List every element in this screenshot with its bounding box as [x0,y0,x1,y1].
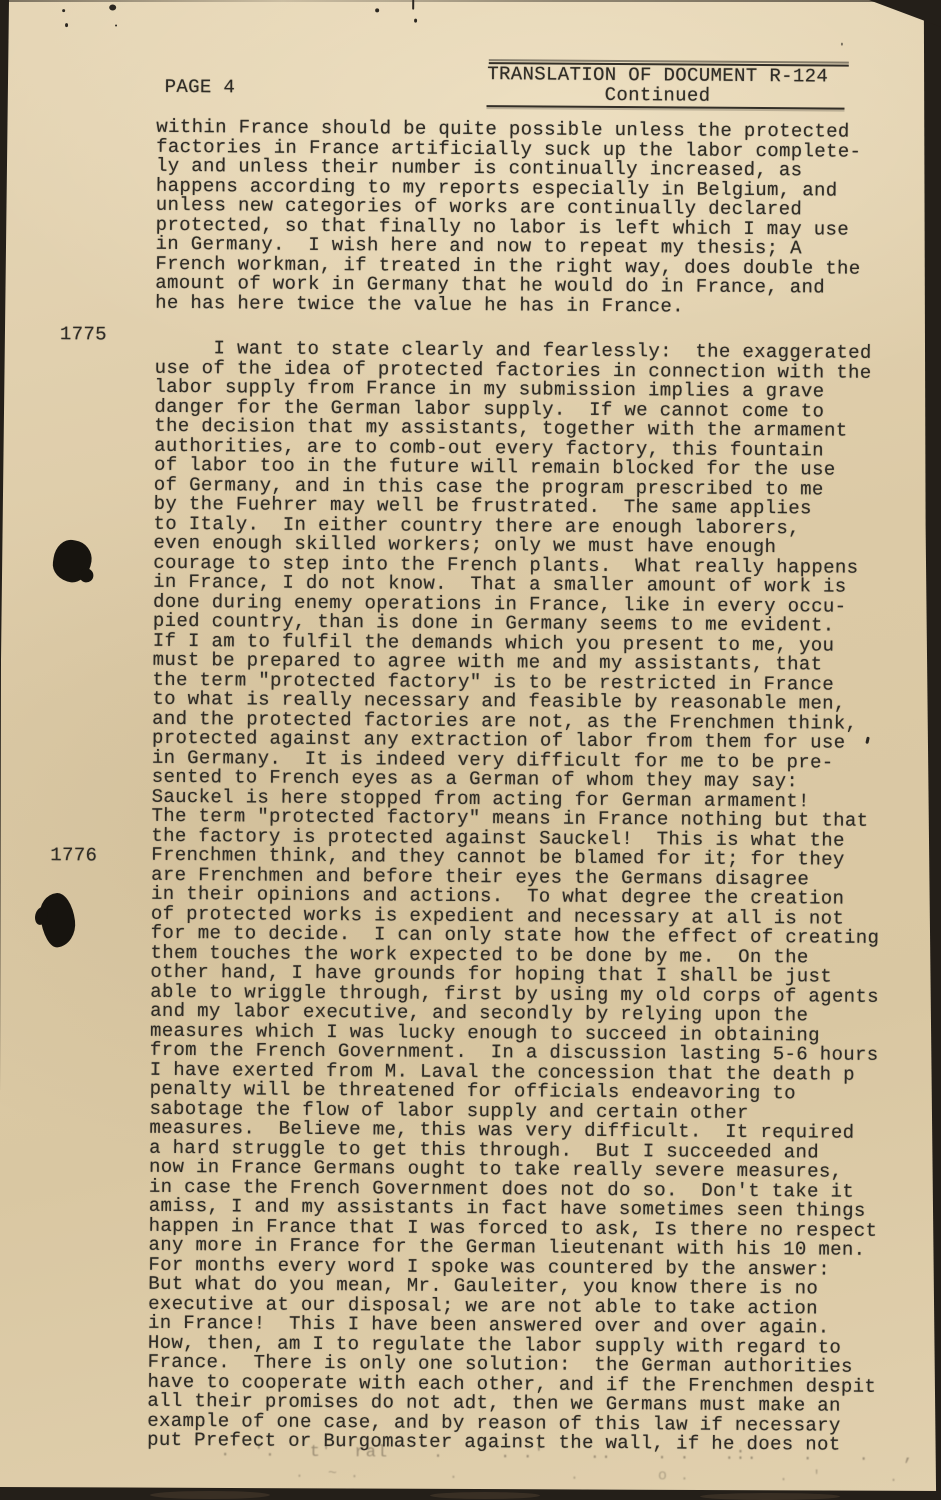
ink-speck [109,4,116,10]
document-subtitle: Continued [457,84,859,106]
page-label: PAGE 4 [165,78,236,98]
margin-number-1776: 1776 [50,846,97,866]
ink-blot [38,891,78,949]
ink-speck [65,23,68,27]
ink-speck [375,8,379,12]
margin-number-1775: 1775 [60,325,107,345]
ink-blot [50,538,94,585]
ink-speck [62,9,65,12]
scan-content: PAGE 4 TRANSLATION OF DOCUMENT R-124 Con… [0,0,941,1500]
document-header: TRANSLATION OF DOCUMENT R-124 Continued [456,62,858,110]
body-paragraph-2: I want to state clearly and fearlessly: … [147,339,895,1456]
body-text: within France should be quite possible u… [147,118,896,1456]
ink-speck [704,182,706,184]
ink-speck [115,25,117,27]
ink-speck [841,43,843,46]
faded-ghost-line-2: . ~ . . . o . . ' . . [295,1465,941,1487]
body-paragraph-1: within France should be quite possible u… [155,118,896,318]
edge-highlight [430,1492,540,1499]
scanned-page: PAGE 4 TRANSLATION OF DOCUMENT R-124 Con… [0,0,941,1500]
faded-ghost-line: . '. t' ral . . .' .. . . .:. . . , . ''… [220,1442,941,1467]
ink-speck [414,19,417,23]
edge-highlight [150,1491,270,1499]
edge-highlight [700,1493,840,1500]
ink-speck [412,0,414,10]
